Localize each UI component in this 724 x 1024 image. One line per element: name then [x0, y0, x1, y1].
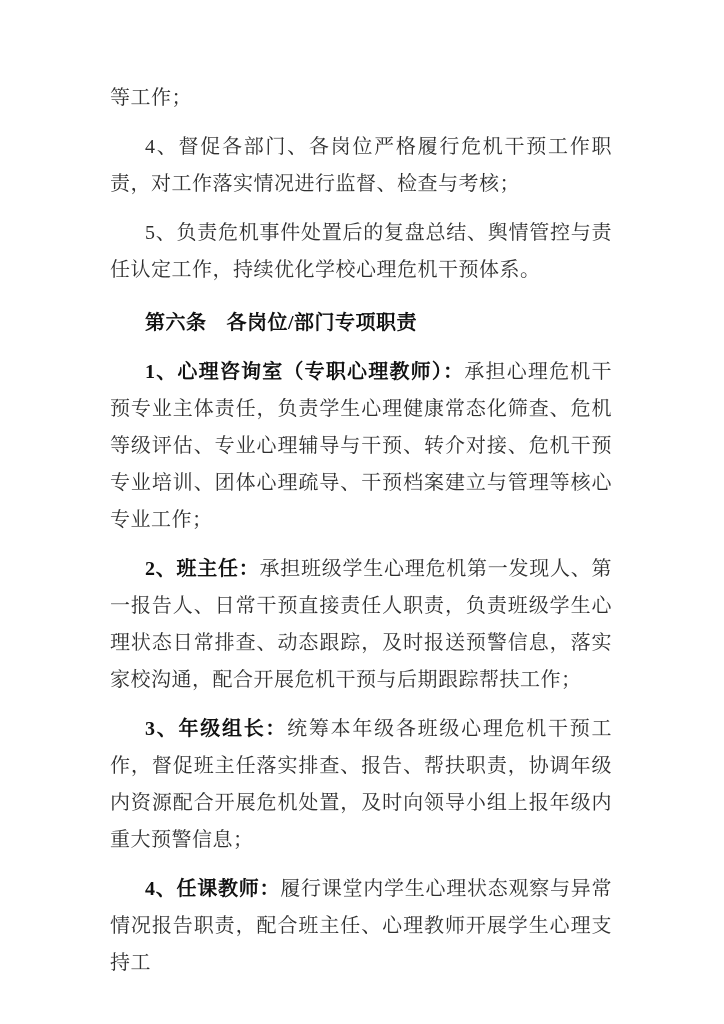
document-page: 等工作； 4、督促各部门、各岗位严格履行危机干预工作职责，对工作落实情况进行监督…: [0, 0, 724, 1024]
paragraph-text: 承担心理危机干预专业主体责任，负责学生心理健康常态化筛查、危机等级评估、专业心理…: [110, 361, 612, 531]
paragraph-text: 5、负责危机事件处置后的复盘总结、舆情管控与责任认定工作，持续优化学校心理危机干…: [110, 222, 612, 281]
paragraph-role-subject-teacher: 4、任课教师：履行课堂内学生心理状态观察与异常情况报告职责，配合班主任、心理教师…: [110, 871, 612, 982]
paragraph-continuation: 等工作；: [110, 80, 612, 117]
role-lead-label: 3、年级组长：: [145, 718, 287, 740]
paragraph-duty-4: 4、督促各部门、各岗位严格履行危机干预工作职责，对工作落实情况进行监督、检查与考…: [110, 129, 612, 203]
paragraph-role-head-teacher: 2、班主任：承担班级学生心理危机第一发现人、第一报告人、日常干预直接责任人职责，…: [110, 551, 612, 699]
paragraph-role-grade-leader: 3、年级组长：统筹本年级各班级心理危机干预工作，督促班主任落实排查、报告、帮扶职…: [110, 711, 612, 859]
heading-title: 各岗位/部门专项职责: [227, 312, 418, 334]
role-lead-label: 1、心理咨询室（专职心理教师）：: [145, 361, 464, 383]
paragraph-text: 4、督促各部门、各岗位严格履行危机干预工作职责，对工作落实情况进行监督、检查与考…: [110, 136, 612, 195]
heading-article-number: 第六条: [145, 312, 207, 334]
role-lead-label: 4、任课教师：: [145, 878, 280, 900]
role-lead-label: 2、班主任：: [145, 558, 260, 580]
paragraph-duty-5: 5、负责危机事件处置后的复盘总结、舆情管控与责任认定工作，持续优化学校心理危机干…: [110, 215, 612, 289]
section-heading-article-6: 第六条各岗位/部门专项职责: [110, 305, 612, 342]
paragraph-text: 等工作；: [110, 87, 192, 109]
paragraph-role-counseling-room: 1、心理咨询室（专职心理教师）：承担心理危机干预专业主体责任，负责学生心理健康常…: [110, 354, 612, 539]
